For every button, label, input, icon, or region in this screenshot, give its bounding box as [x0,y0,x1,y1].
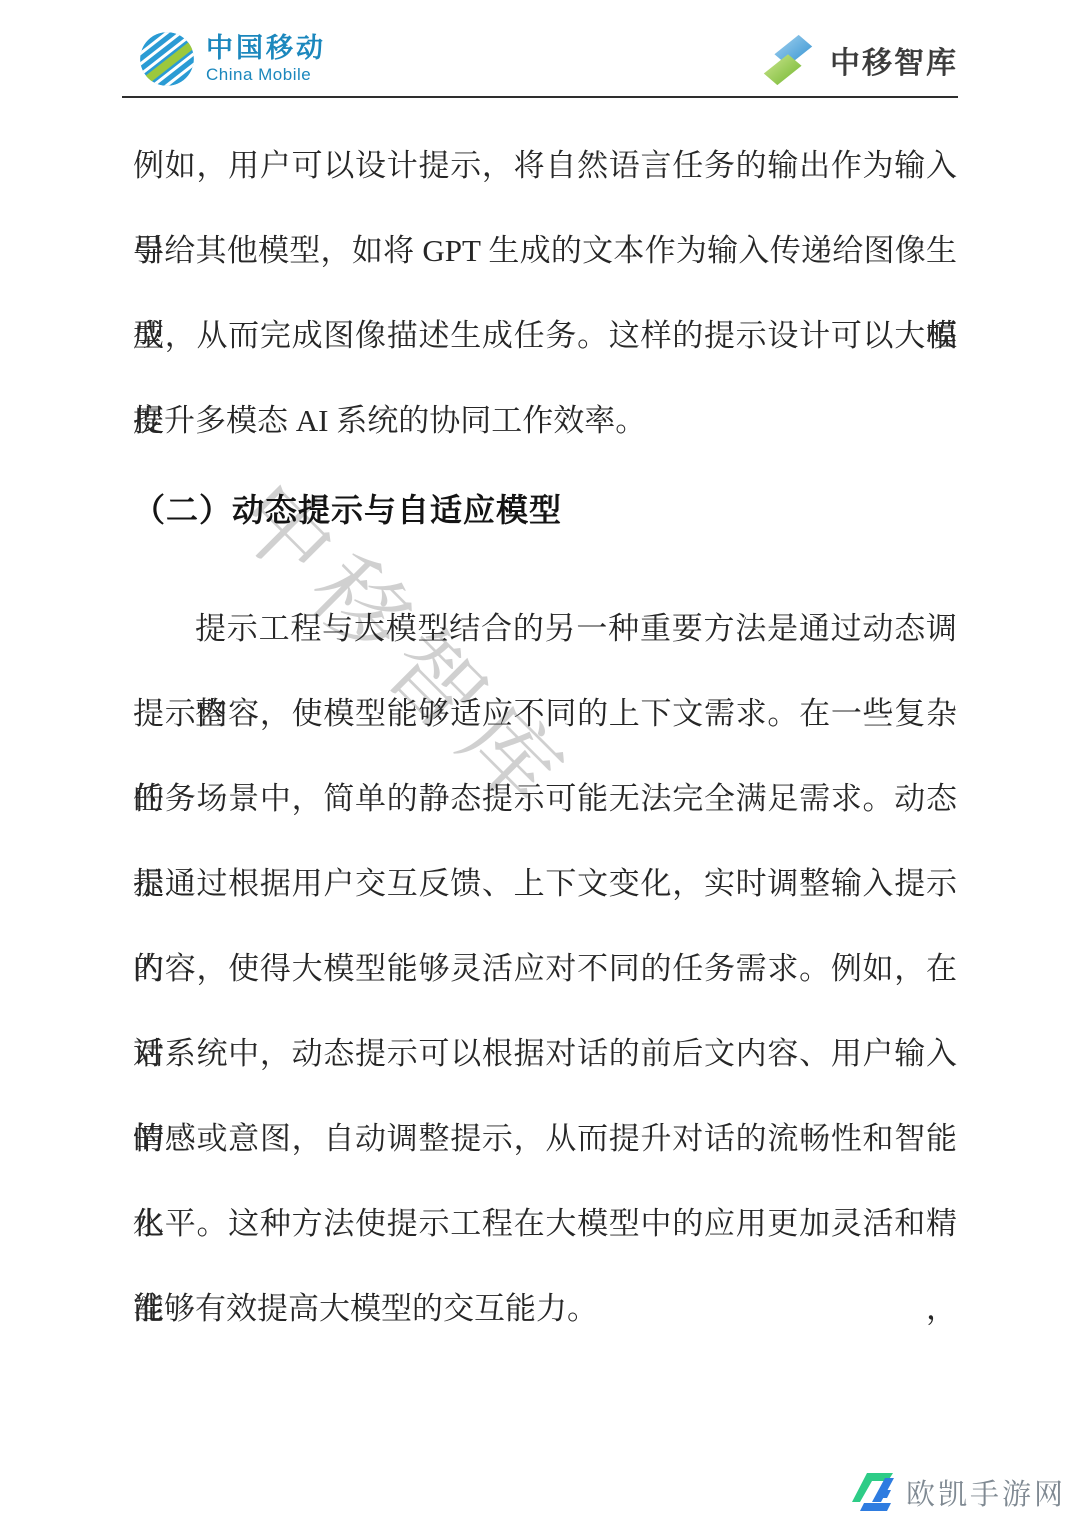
body-line: 话系统中，动态提示可以根据对话的前后文内容、用户输入的 [133,1011,957,1096]
think-tank-logo: 中移智库 [758,30,958,90]
china-mobile-title-cn: 中国移动 [206,35,326,62]
body-line: 示通过根据用户交互反馈、上下文变化，实时调整输入提示的 [133,841,957,926]
body-line: 提示工程与大模型结合的另一种重要方法是通过动态调整 [133,586,957,671]
site-logo-icon [851,1469,897,1515]
china-mobile-logo: 中国移动 China Mobile [138,30,326,88]
body-line: 提升多模态 AI 系统的协同工作效率。 [133,378,957,463]
section-heading: （二）动态提示与自适应模型 [133,468,957,553]
body-line: 情感或意图，自动调整提示，从而提升对话的流畅性和智能化 [133,1096,957,1181]
header-divider [122,96,958,98]
think-tank-title: 中移智库 [830,38,958,82]
document-body: 例如，用户可以设计提示，将自然语言任务的输出作为输入引 导给其他模型，如将 GP… [133,123,957,1351]
body-line: 内容，使得大模型能够灵活应对不同的任务需求。例如，在对 [133,926,957,1011]
think-tank-logo-icon [758,30,818,90]
site-name: 欧凯手游网 [906,1472,1066,1513]
china-mobile-logo-icon [138,30,196,88]
body-line: 例如，用户可以设计提示，将自然语言任务的输出作为输入引 [133,123,957,208]
china-mobile-title-en: China Mobile [206,66,326,83]
document-page: 中国移动 China Mobile 中移智库 中移智库 例如，用户可以设计提示，… [0,0,1080,1527]
body-line: 型，从而完成图像描述生成任务。这样的提示设计可以大幅度 [133,293,957,378]
body-line: 水平。这种方法使提示工程在大模型中的应用更加灵活和精准， [133,1181,957,1266]
page-footer: 欧凯手游网 [851,1469,1066,1515]
body-line: 任务场景中，简单的静态提示可能无法完全满足需求。动态提 [133,756,957,841]
body-line: 提示内容，使模型能够适应不同的上下文需求。在一些复杂的 [133,671,957,756]
body-line: 导给其他模型，如将 GPT 生成的文本作为输入传递给图像生成模 [133,208,957,293]
